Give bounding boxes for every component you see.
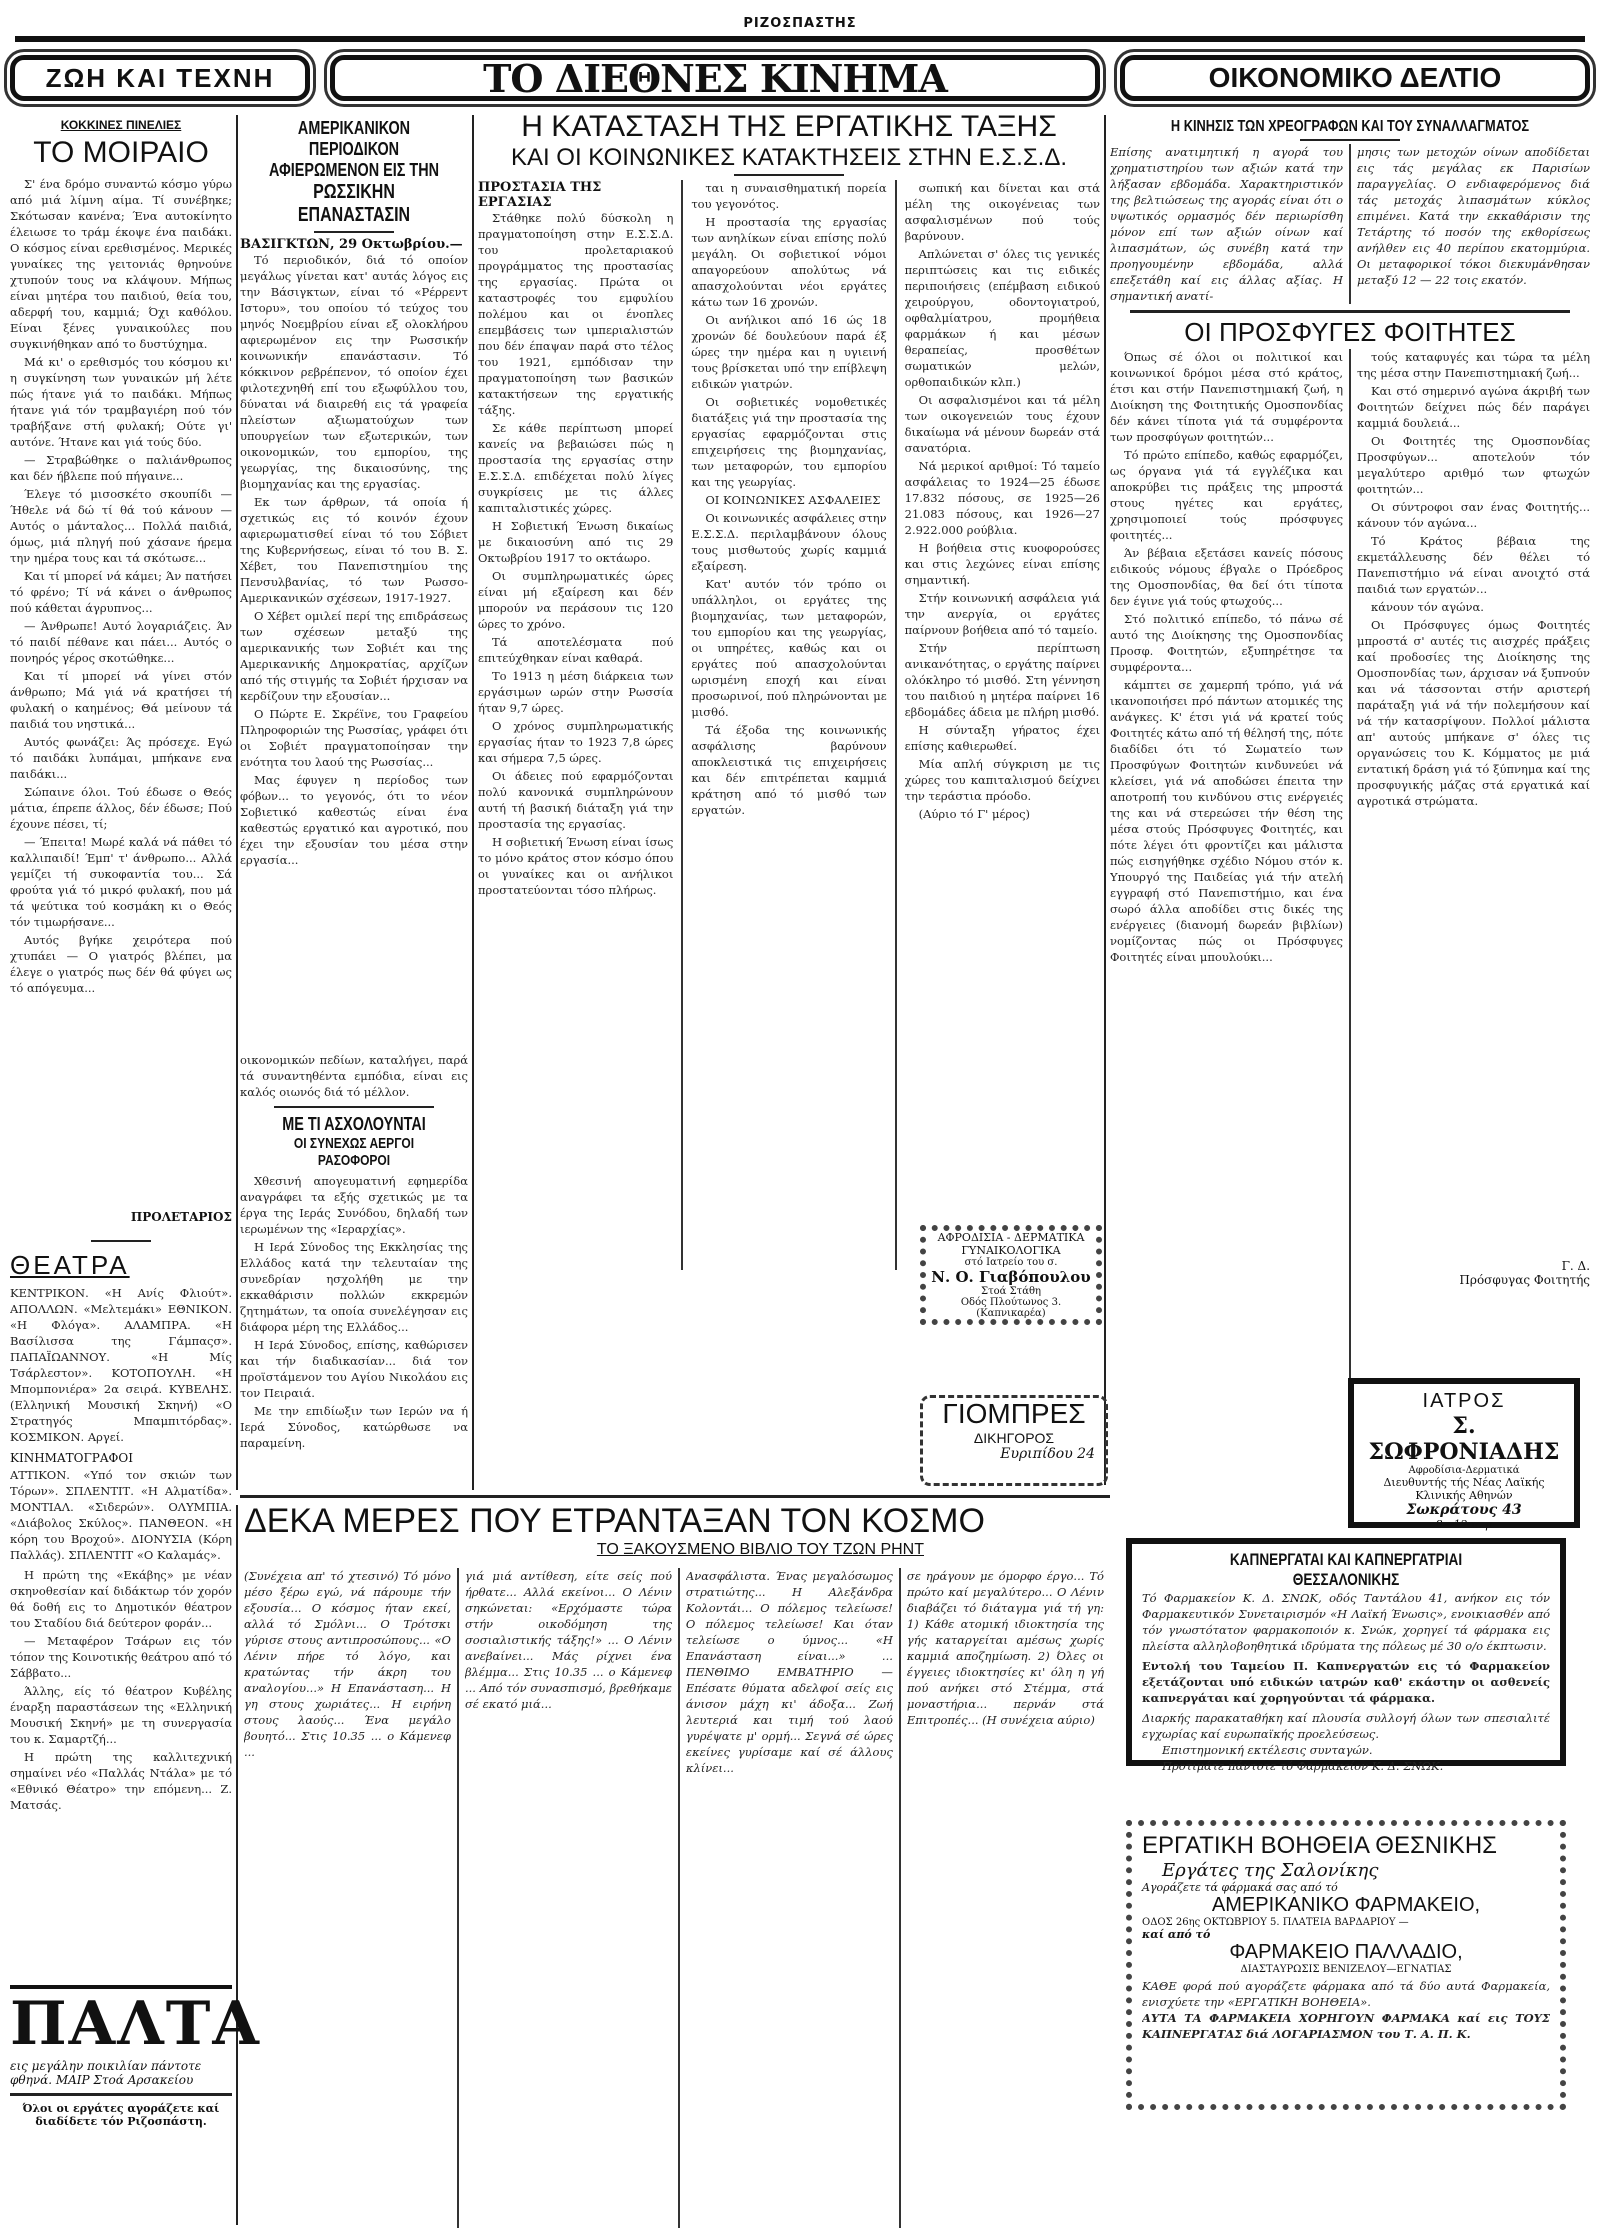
column-rule [472, 115, 474, 1490]
paragraph: Η Ιερά Σύνοδος της Εκκλησίας της Ελλάδος… [240, 1239, 468, 1335]
paragraph: Τά αποτελέσματα πού επιτεύχθηκαν είναι κ… [478, 634, 673, 666]
tobacco-workers-pharmacy-ad: ΚΑΠΝΕΡΓΑΤΑΙ ΚΑΙ ΚΑΠΝΕΡΓΑΤΡΙΑΙ ΘΕΣΣΑΛΟΝΙΚ… [1126, 1538, 1566, 1766]
refugee-body-b: τούς καταφυγές και τώρα τα μέλη της μέσα… [1357, 349, 1590, 1259]
column-rule [678, 1568, 680, 2228]
ten-days-col-c: Ανασφάλιστα. Ένας μεγαλόσωμος στρατιώτης… [686, 1568, 893, 2228]
story-kicker: ΚΟΚΚΙΝΕΣ ΠΙΝΕΛΙΕΣ [10, 118, 232, 132]
paragraph: κάμπτει σε χαμερπή τρόπο, γιά νά ικανοπο… [1110, 677, 1343, 965]
palta-line2: φθηνά. ΜΑΙΡ Στοά Αρσακείου [10, 2073, 232, 2087]
doctor-role2: Κλινικής Αθηνών [1354, 1489, 1574, 1502]
paragraph: Στήν περίπτωση ανικανότητας, ο εργάτης π… [905, 640, 1100, 720]
divider [10, 2093, 232, 2096]
paragraph: Οι κοινωνικές ασφάλειες στην Ε.Σ.Σ.Δ. πε… [691, 510, 886, 574]
paragraph: — Έπειτα! Μωρέ καλά νά πάθει τό καλλιπαι… [10, 834, 232, 930]
palta-title: ΠΑΛΤΑ [10, 1989, 232, 2059]
column-rule [236, 1505, 238, 2225]
clinic-ad: ΑΦΡΟΔΙΣΙΑ - ΔΕΡΜΑΤΙΚΑ ΓΥΝΑΙΚΟΛΟΓΙΚΑ στό … [920, 1225, 1102, 1325]
paragraph: Οι ανήλικοι από 16 ώς 18 χρονών δέ δουλε… [691, 312, 886, 392]
american-pharmacy-name: ΑΜΕΡΙΚΑΝΙΚΟ ΦΑΡΜΑΚΕΙΟ, [1142, 1894, 1550, 1917]
divider [240, 1495, 1110, 1498]
doctor-address: Σωκράτους 43 [1354, 1502, 1574, 1518]
column-rule [1349, 144, 1351, 304]
lawyer-title: ΔΙΚΗΓΟΡΟΣ [923, 1430, 1105, 1446]
paragraph: Κατ' αυτόν τόν τρόπο οι υπάλληλοι, οι ερ… [691, 576, 886, 720]
lead-subhead: ΠΡΟΣΤΑΣΙΑ ΤΗΣ ΕΡΓΑΣΙΑΣ [478, 180, 673, 210]
paragraph: Έλεγε τό μισοσκέτο σκουπίδι — Ήθελε νά δ… [10, 486, 232, 566]
paragraph: Η σύνταξη γήρατος έχει επίσης καθιερωθεί… [905, 722, 1100, 754]
paragraph: Αυτός βγήκε χειρότερα πού χτυπάει — Ο γι… [10, 932, 232, 996]
story-moiraio: ΚΟΚΚΙΝΕΣ ΠΙΝΕΛΙΕΣ ΤΟ ΜΟΙΡΑΙΟ Σ' ένα δρόμ… [10, 118, 232, 1224]
lawyer-address: Ευριπίδου 24 [923, 1446, 1105, 1462]
cinema-text: ΑΤΤΙΚΟΝ. «Υπό τον σκιών των Τόρων». ΣΠΛΕ… [10, 1467, 232, 1563]
paragraph: Τό περιοδικόν, διά τό οποίον μεγάλως γίν… [240, 252, 468, 492]
paragraph: Η Σοβιετική Ένωση δικαίως με δικαιοσύνη … [478, 518, 673, 566]
paragraph: Ο χρόνος συμπληρωματικής εργασίας ήταν τ… [478, 718, 673, 766]
paragraph: Ο Χέβετ ομιλεί περί της επιδράσεως των σ… [240, 608, 468, 704]
paragraph: Άν βέβαια εξετάσει κανείς πόσους ειδικού… [1110, 545, 1343, 609]
paragraph: Οι άδειες πού εφαρμόζονται πολύ κανονικά… [478, 768, 673, 832]
divider [91, 1240, 151, 1242]
palta-line1: εις μεγάλην ποικιλίαν πάντοτε [10, 2059, 232, 2073]
paragraph: Η σοβιετική Ένωση είναι ίσως το μόνο κρά… [478, 834, 673, 898]
paragraph: Όπως σέ όλοι οι πολιτικοί και κοινωνικοί… [1110, 349, 1343, 445]
paragraph: — Στραβώθηκε ο παλιάνθρωπος και δέν ήβλε… [10, 452, 232, 484]
paragraph: — Μεταφέρον Τσάρων εις τόν τόπον της Κοι… [10, 1633, 232, 1681]
paragraph: Οι Πρόσφυγες όμως Φοιτητές μπροστά σ' αυ… [1357, 617, 1590, 809]
paragraph: Ο Πώρτε Ε. Σκρέϊνε, του Γραφείου Πληροφο… [240, 706, 468, 770]
paragraph: Οι σύντροφοι σαν ένας Φοιτητής... κάνουν… [1357, 499, 1590, 531]
paragraph: Τό πρώτο επίπεδο, καθώς εφαρμόζει, ως όρ… [1110, 447, 1343, 543]
lawyer-name: ΓΙΟΜΠΡΕΣ [923, 1398, 1105, 1430]
doctor-ad-title: ΙΑΤΡΟΣ [1354, 1390, 1574, 1413]
story-title: ΤΟ ΜΟΙΡΑΙΟ [10, 138, 232, 168]
paragraph: Η πρώτη της καλλιτεχνική σημαίνει νέο «Π… [10, 1749, 232, 1813]
ten-days-col-b: γιά μιά αντίθεση, είτε σείς πού ήρθατε..… [465, 1568, 672, 2228]
masthead: ΡΙΖΟΣΠΑΣΤΗΣ [0, 0, 1600, 38]
cinema-title: ΚΙΝΗΜΑΤΟΓΡΑΦΟΙ [10, 1451, 232, 1465]
clinic-line2: ΓΥΝΑΙΚΟΛΟΓΙΚΑ [926, 1244, 1096, 1257]
paragraph: Το 1913 η μέση διάρκεια των εργάσιμων ωρ… [478, 668, 673, 716]
story-american-periodical: ΑΜΕΡΙΚΑΝΙΚΟΝ ΠΕΡΙΟΔΙΚΟΝ ΑΦΙΕΡΩΜΕΝΟΝ ΕΙΣ … [240, 118, 468, 1493]
paragraph: Η βοήθεια στις κυοφορούσες και στις λεχώ… [905, 540, 1100, 588]
ten-days-title: ΔΕΚΑ ΜΕΡΕΣ ΠΟΥ ΕΤΡΑΝΤΑΞΑΝ ΤΟΝ ΚΟΣΜΟ [244, 1502, 924, 1541]
american-pharmacy-address: ΟΔΟΣ 26ης ΟΚΤΩΒΡΙΟΥ 5. ΠΛΑΤΕΙΑ ΒΑΡΔΑΡΙΟΥ… [1142, 1917, 1550, 1928]
doctor-specialty: Αφροδίσια-Δερματικά [1354, 1465, 1574, 1476]
pharmacy-ad-subtitle: Εργάτες της Σαλονίκης [1142, 1860, 1550, 1881]
column-rule [1349, 349, 1351, 1389]
palta-ad: ΠΑΛΤΑ εις μεγάλην ποικιλίαν πάντοτε φθην… [10, 1985, 232, 2128]
pharmacy-ad-p2: ΑΥΤΑ ΤΑ ΦΑΡΜΑΚΕΙΑ ΧΟΡΗΓΟΥΝ ΦΑΡΜΑΚΑ καί ε… [1142, 2010, 1550, 2042]
story-title-line: ΑΜΕΡΙΚΑΝΙΚΟΝ ΠΕΡΙΟΔΙΚΟΝ [263, 118, 445, 160]
clinic-line1: ΑΦΡΟΔΙΣΙΑ - ΔΕΡΜΑΤΙΚΑ [926, 1231, 1096, 1244]
pharmacy-ad-intro: Αγοράζετε τά φάρμακά σας από τό [1142, 1881, 1550, 1894]
divider [1300, 139, 1400, 141]
tobacco-ad-p2: Εντολή του Ταμείου Π. Καπνεργατών εις τό… [1142, 1658, 1550, 1706]
ten-days-col-a: (Συνέχεια απ' τό χτεσινό) Τό μόνο μέσο ξ… [244, 1568, 451, 2228]
dateline: ΒΑΣΙΓΚΤΩΝ, 29 Οκτωβρίου.— [240, 237, 468, 252]
paragraph: Νά μερικοί αριθμοί: Τό ταμείο ασφάλειας … [905, 458, 1100, 538]
paragraph: Εκ των άρθρων, τά οποία ή σχετικώς εις τ… [240, 494, 468, 606]
economic-body-a: Επίσης ανατιμητική η αγορά του χρηματιστ… [1110, 144, 1343, 304]
paragraph: Άλλης, είς τό θέατρον Κυβέλης έναρξη παρ… [10, 1683, 232, 1747]
lead-title-line2: ΚΑΙ ΟΙ ΚΟΙΝΩΝΙΚΕΣ ΚΑΤΑΚΤΗΣΕΙΣ ΣΤΗΝ Ε.Σ.Σ… [478, 146, 1100, 170]
story2-title: ΜΕ ΤΙ ΑΣΧΟΛΟΥΝΤΑΙ [263, 1114, 445, 1135]
paragraph: (Αύριο τό Γ' μέρος) [905, 806, 1100, 822]
tobacco-ad-p3: Διαρκής παρακαταθήκη καί πλουσία συλλογή… [1142, 1710, 1550, 1742]
paragraph: Οι σοβιετικές νομοθετικές διατάξεις γιά … [691, 394, 886, 490]
story-title-line: ΑΦΙΕΡΩΜΕΝΟΝ ΕΙΣ ΤΗΝ [263, 160, 445, 181]
palladio-pharmacy-name: ΦΑΡΜΑΚΕΙΟ ΠΑΛΛΑΔΙΟ, [1142, 1941, 1550, 1964]
paragraph: Μία απλή σύγκριση με τις χώρες του καπιτ… [905, 756, 1100, 804]
story-body: Σ' ένα δρόμο συναντώ κόσμο γύρω από μιά … [10, 176, 232, 1206]
paragraph: τούς καταφυγές και τώρα τα μέλη της μέσα… [1357, 349, 1590, 381]
clinic-line3: στό Ιατρείο του σ. [926, 1257, 1096, 1268]
doctor-role: Διευθυντής τής Νέας Λαϊκής [1354, 1476, 1574, 1489]
paragraph: Αυτός φωνάζει: Άς πρόσεχε. Εγώ τό παιδάκ… [10, 734, 232, 782]
workers-aid-pharmacy-ad: ΕΡΓΑΤΙΚΗ ΒΟΗΘΕΙΑ ΘΕΣΝΙΚΗΣ Εργάτες της Σα… [1126, 1820, 1566, 2110]
story-body: Τό περιοδικόν, διά τό οποίον μεγάλως γίν… [240, 252, 468, 1052]
section-header-international-movement: ΤΟ ΔΙΕΘΝΕΣ ΚΙΝΗΜΑ [330, 55, 1100, 101]
story-signature: ΠΡΟΛΕΤΑΡΙΟΣ [10, 1210, 232, 1224]
clinic-doctor-name: Ν. Ο. Γιαβόπουλου [926, 1268, 1096, 1286]
palta-slogan: Όλοι οι εργάτες αγοράζετε καί διαδίδετε … [10, 2102, 232, 2128]
lead-col-c: σωπική και δίνεται και στά μέλη της οικο… [905, 180, 1100, 1270]
story2-body: Χθεσινή απογευματινή εφημερίδα αναγράφει… [240, 1173, 468, 1493]
paragraph: Στήν κοινωνική ασφάλεια γιά την ανεργία,… [905, 590, 1100, 638]
column-rule [1104, 115, 1106, 1485]
story2-subtitle: ΟΙ ΣΥΝΕΧΩΣ ΑΕΡΓΟΙ ΡΑΣΟΦΟΡΟΙ [263, 1135, 445, 1169]
paragraph: — Άνθρωπε! Αυτό λογαριάζεις. Άν τό παιδί… [10, 618, 232, 666]
lead-col-b: ται η συναισθηματική πορεία του γεγονότο… [691, 180, 886, 1270]
doctor-name: Σ. ΣΩΦΡΟΝΙΑΔΗΣ [1354, 1413, 1574, 1465]
paragraph: Σε κάθε περίπτωση μπορεί κανείς να βεβαι… [478, 420, 673, 516]
tobacco-ad-p4: Επιστημονική εκτέλεσις συνταγών. [1142, 1742, 1550, 1758]
paragraph: Απλώνεται σ' όλες τις γενικές περιπτώσει… [905, 246, 1100, 390]
divider [314, 231, 394, 233]
lead-title-line1: Η ΚΑΤΑΣΤΑΣΗ ΤΗΣ ΕΡΓΑΤΙΚΗΣ ΤΑΞΗΣ [478, 112, 1100, 142]
ten-days-body: (Συνέχεια απ' τό χτεσινό) Τό μόνο μέσο ξ… [244, 1568, 1104, 2228]
economic-title: Η ΚΙΝΗΣΙΣ ΤΩΝ ΧΡΕΟΓΡΑΦΩΝ ΚΑΙ ΤΟΥ ΣΥΝΑΛΛΑ… [1158, 118, 1542, 136]
doctor-ad: ΙΑΤΡΟΣ Σ. ΣΩΦΡΟΝΙΑΔΗΣ Αφροδίσια-Δερματικ… [1348, 1378, 1580, 1528]
paragraph: Τά έξοδα της κοινωνικής ασφάλισης βαρύνο… [691, 722, 886, 818]
lawyer-ad: ΓΙΟΜΠΡΕΣ ΔΙΚΗΓΟΡΟΣ Ευριπίδου 24 [920, 1395, 1108, 1486]
paragraph: ΟΙ ΚΟΙΝΩΝΙΚΕΣ ΑΣΦΑΛΕΙΕΣ [691, 492, 886, 508]
palladio-pharmacy-address: ΔΙΑΣΤΑΥΡΩΣΙΣ ΒΕΝΙΖΕΛΟΥ—ΕΓΝΑΤΙΑΣ [1142, 1964, 1550, 1975]
pharmacy-ad-title: ΕΡΓΑΤΙΚΗ ΒΟΗΘΕΙΑ ΘΕΣΝΙΚΗΣ [1142, 1832, 1550, 1860]
paragraph: Μά κι' ο ερεθισμός του κόσμου κι' η συγκ… [10, 354, 232, 450]
section-header-life-and-art: ΖΩΗ ΚΑΙ ΤΕΧΝΗ [10, 55, 310, 101]
doctor-hours: 8—12 π. μ [1354, 1518, 1574, 1531]
paragraph: κάνουν τόν αγώνα. [1357, 599, 1590, 615]
pharmacy-ad-and: καί από τό [1142, 1928, 1550, 1941]
clinic-address2: Οδός Πλούτωνος 3. (Καπνικαρέα) [926, 1297, 1096, 1319]
paragraph: Η προστασία της εργασίας των ανηλίκων εί… [691, 214, 886, 310]
lead-story-ussr: Η ΚΑΤΑΣΤΑΣΗ ΤΗΣ ΕΡΓΑΤΙΚΗΣ ΤΑΞΗΣ ΚΑΙ ΟΙ Κ… [478, 112, 1100, 1270]
refugee-signature-role: Πρόσφυγας Φοιτητής [1357, 1273, 1590, 1287]
masthead-rule [15, 36, 1585, 42]
column-rule [895, 180, 897, 1270]
pharmacy-ad-p1: ΚΑΘΕ φορά πού αγοράζετε φάρμακα από τά δ… [1142, 1978, 1550, 2010]
paragraph: Οι Φοιτητές της Ομοσπονδίας Προσφύγων...… [1357, 433, 1590, 497]
paragraph: Σώπαινε όλοι. Τού έδωσε ο Θεός μάτια, έπ… [10, 784, 232, 832]
story-closing: οικονομικών πεδίων, καταλήγει, παρά τά σ… [240, 1052, 468, 1100]
paragraph: Και τί μπορεί νά γίνει στόν άνθρωπο; Μά … [10, 668, 232, 732]
refugee-students-title: ΟΙ ΠΡΟΣΦΥΓΕΣ ΦΟΙΤΗΤΕΣ [1110, 319, 1590, 345]
column-rule [899, 1568, 901, 2228]
paragraph: Και τί μπορεί νά κάμει; Άν πατήσει τό φρ… [10, 568, 232, 616]
column-rule [457, 1568, 459, 2228]
paragraph: Σ' ένα δρόμο συναντώ κόσμο γύρω από μιά … [10, 176, 232, 352]
story-title-line: ΡΩΣΣΙΚΗΝ ΕΠΑΝΑΣΤΑΣΙΝ [263, 181, 445, 227]
paragraph: Χθεσινή απογευματινή εφημερίδα αναγράφει… [240, 1173, 468, 1237]
divider [734, 174, 844, 176]
column-rule [681, 180, 683, 1270]
tobacco-ad-title: ΚΑΠΝΕΡΓΑΤΑΙ ΚΑΙ ΚΑΠΝΕΡΓΑΤΡΙΑΙ ΘΕΣΣΑΛΟΝΙΚ… [1183, 1550, 1509, 1590]
lead-col-a: ΠΡΟΣΤΑΣΙΑ ΤΗΣ ΕΡΓΑΣΙΑΣ Στάθηκε πολύ δύσκ… [478, 180, 673, 1270]
paragraph: Οι ασφαλισμένοι και τά μέλη των οικογενε… [905, 392, 1100, 456]
column-rule [236, 115, 238, 1490]
paragraph: ται η συναισθηματική πορεία του γεγονότο… [691, 180, 886, 212]
ten-days-subtitle: ΤΟ ΞΑΚΟΥΣΜΕΝΟ ΒΙΒΛΙΟ ΤΟΥ ΤΖΩΝ ΡΗΝΤ [244, 1541, 924, 1559]
refugee-col-b: τούς καταφυγές και τώρα τα μέλη της μέσα… [1357, 349, 1590, 1389]
paragraph: Μας έφυγεν η περίοδος των φόβων... το γε… [240, 772, 468, 868]
lead-body-c: σωπική και δίνεται και στά μέλη της οικο… [905, 180, 1100, 1060]
section-header-economic-bulletin: ΟΙΚΟΝΟΜΙΚΟ ΔΕΛΤΙΟ [1120, 55, 1590, 101]
refugee-signature: Γ. Δ. [1357, 1259, 1590, 1273]
refugee-body-a: Όπως σέ όλοι οι πολιτικοί και κοινωνικοί… [1110, 349, 1343, 1389]
theatres-text: ΚΕΝΤΡΙΚΟΝ. «Η Ανίς Φλιούτ». ΑΠΟΛΛΩΝ. «Με… [10, 1285, 232, 1445]
paragraph: Και στό σημερινό αγώνα άκριβή των Φοιτητ… [1357, 383, 1590, 431]
paragraph: Στό πολιτικό επίπεδο, τό πάνω σέ αυτό τη… [1110, 611, 1343, 675]
theatres-title: ΘΕΑΤΡΑ [10, 1250, 232, 1281]
economic-body-b: μησις των μετοχών οίνων αποδίδεται εις τ… [1357, 144, 1590, 304]
paragraph: Η πρώτη της «Εκάβης» με νέαν σκηνοθεσίαν… [10, 1567, 232, 1631]
paragraph: σωπική και δίνεται και στά μέλη της οικο… [905, 180, 1100, 244]
divider [1130, 310, 1570, 313]
tobacco-ad-p1: Τό Φαρμακείον Κ. Δ. ΣΝΩΚ, οδός Ταντάλου … [1142, 1590, 1550, 1654]
paragraph: Τό Κράτος βέβαια της εκμετάλλευσης δέν θ… [1357, 533, 1590, 597]
tobacco-ad-p5: Προτιμάτε πάντοτε τό Φαρμακείον Κ. Δ. ΣΝ… [1142, 1758, 1550, 1774]
theatre-news: Η πρώτη της «Εκάβης» με νέαν σκηνοθεσίαν… [10, 1567, 232, 1947]
paragraph: Οι συμπληρωματικές ώρες είναι μή εξαίρεσ… [478, 568, 673, 632]
newspaper-name: ΡΙΖΟΣΠΑΣΤΗΣ [743, 16, 856, 31]
paragraph: Η Ιερά Σύνοδος, επίσης, καθώρισεν και τή… [240, 1337, 468, 1401]
paragraph: Στάθηκε πολύ δύσκολη η πραγματοποίηση στ… [478, 210, 673, 418]
divider [274, 1106, 434, 1108]
theatres-listing: ΘΕΑΤΡΑ ΚΕΝΤΡΙΚΟΝ. «Η Ανίς Φλιούτ». ΑΠΟΛΛ… [10, 1240, 232, 1947]
ten-days-header: ΔΕΚΑ ΜΕΡΕΣ ΠΟΥ ΕΤΡΑΝΤΑΞΑΝ ΤΟΝ ΚΟΣΜΟ ΤΟ Ξ… [244, 1502, 924, 1559]
clinic-address: Στοά Στάθη [926, 1286, 1096, 1297]
ten-days-col-d: σε ηράγουν με όμορφο έργο... Τό πρώτο κα… [907, 1568, 1104, 2228]
lead-body-a: Στάθηκε πολύ δύσκολη η πραγματοποίηση στ… [478, 210, 673, 1270]
economic-story: Η ΚΙΝΗΣΙΣ ΤΩΝ ΧΡΕΟΓΡΑΦΩΝ ΚΑΙ ΤΟΥ ΣΥΝΑΛΛΑ… [1110, 118, 1590, 1389]
paragraph: Με την επιδίωξιν των Ιερών να ή Ιερά Σύν… [240, 1403, 468, 1451]
